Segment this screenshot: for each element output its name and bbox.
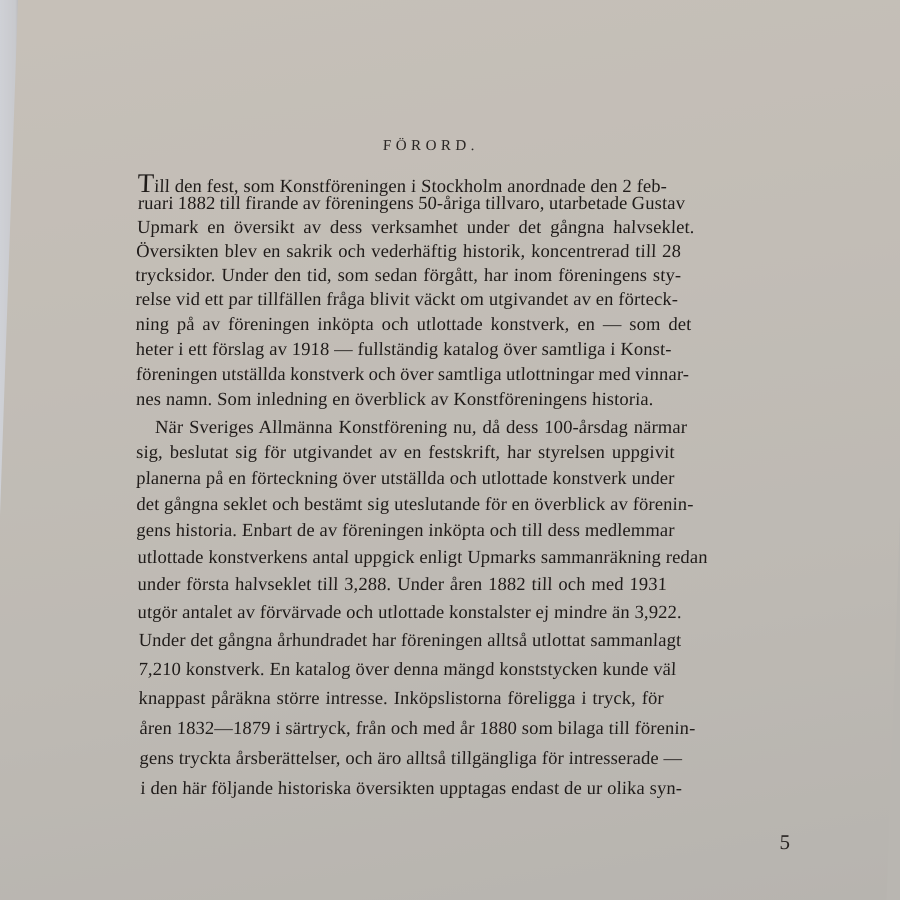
text-line: nes namn. Som inledning en överblick av …	[136, 390, 654, 411]
text-line: under första halvseklet till 3,288. Unde…	[137, 575, 667, 596]
text-line: det gångna seklet och bestämt sig uteslu…	[136, 495, 694, 516]
page-number: 5	[779, 830, 790, 855]
text-line: gens historia. Enbart de av föreningen i…	[136, 521, 675, 542]
text-line: gens tryckta årsberättelser, och äro all…	[139, 749, 682, 770]
text-line: trycksidor. Under den tid, som sedan för…	[135, 266, 682, 287]
text-line: Upmark en översikt av dess verksamhet un…	[137, 218, 695, 239]
text-line: i den här följande historiska översikten…	[140, 779, 682, 800]
text-line: åren 1832—1879 i särtryck, från och med …	[139, 719, 696, 740]
text-line: 7,210 konstverk. En katalog över denna m…	[138, 660, 676, 681]
text-line: utgör antalet av förvärvade och utlottad…	[137, 603, 682, 624]
text-line: planerna på en förteckning över utställd…	[136, 469, 675, 490]
text-line: knappast påräkna större intresse. Inköps…	[138, 689, 664, 710]
page-heading: FÖRORD.	[383, 138, 480, 155]
text-line: föreningen utställda konstverk och över …	[136, 365, 690, 386]
text-line: sig, beslutat sig för utgivandet av en f…	[136, 443, 675, 464]
book-page: FÖRORD. Till den fest, som Konstförening…	[0, 0, 900, 900]
text-line: ning på av föreningen inköpta och utlott…	[135, 315, 692, 336]
text-line: heter i ett förslag av 1918 — fullständi…	[135, 340, 672, 361]
text-line: utlottade konstverkens antal uppgick enl…	[137, 548, 708, 569]
text-line: Under det gångna århundradet har förenin…	[138, 631, 681, 652]
text-line: ruari 1882 till firande av föreningens 5…	[137, 194, 685, 215]
text-line: Översikten blev en sakrik och vederhäfti…	[136, 242, 682, 263]
text-line: relse vid ett par tillfällen fråga blivi…	[135, 290, 678, 311]
text-line: När Sveriges Allmänna Konstförening nu, …	[155, 418, 688, 439]
